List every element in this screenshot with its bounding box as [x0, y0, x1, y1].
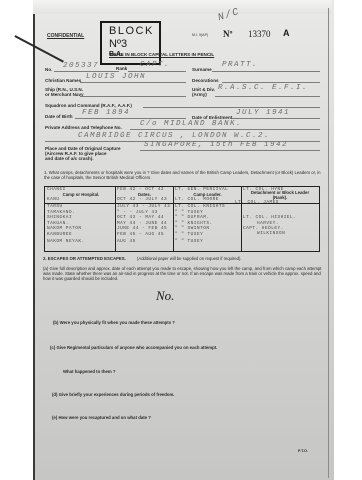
table-cell-camp: TARSU [47, 204, 63, 209]
table-cell-block: WILKINSON [257, 231, 285, 236]
decorations-line [222, 82, 320, 83]
table-cell-dates: MAY 44 - JUNE 44 [117, 221, 167, 226]
section-2-title: 2. ESCAPES OR ATTEMPTED ESCAPES. [43, 256, 126, 261]
christian-names-value: LOUIS JOHN [86, 73, 146, 81]
stamp-line-1: BLOCK [109, 25, 154, 37]
rank-value: CAPT. [140, 61, 170, 69]
ship-label-2: or Merchant Navy [45, 92, 84, 97]
stamp-line-2: Nº3 [109, 38, 127, 50]
unit-line [215, 96, 320, 97]
table-cell-leader: LT. COL. KNIGHTS [175, 204, 225, 209]
table-cell-leader: " " DUFRAM. [175, 215, 209, 220]
column-header-block-leader: Detachment or Block Leader (Rank). [243, 191, 317, 200]
capture-line [140, 150, 320, 151]
number-label: Nº [223, 29, 232, 39]
instruction-banner: WRITE IN BLOCK CAPITAL LETTERS IN PENCIL [109, 52, 214, 57]
table-cell-camp: TAKUAN. [47, 221, 69, 226]
table-cell-camp: SHINGKAI [47, 215, 72, 220]
block-stamp: BLOCK Nº3 B.A. [100, 21, 161, 65]
address-line-1: C/o MIDLAND BANK. [140, 120, 242, 128]
date-of-birth-value: FEB 1894 [82, 109, 130, 117]
enlistment-value: JULY 1941 [236, 109, 290, 117]
surname-value: PRATT. [222, 61, 258, 69]
date-of-birth-line [75, 118, 186, 119]
please-turn-over: P.T.O. [298, 449, 308, 453]
table-cell-dates: JUNE 44 - FEB 45 [117, 226, 167, 231]
table-cell-camp: NAKOM NEYAK. [47, 239, 85, 244]
page-edge [328, 8, 329, 478]
squadron-line [143, 107, 320, 108]
ship-line [80, 96, 186, 97]
table-cell-leader: " " KNIGHTS. [175, 221, 213, 226]
table-cell-block: LT. COL. HISHIEL. [243, 215, 296, 220]
table-cell-dates: JULY 43 - JULY 43 [117, 204, 170, 209]
enlistment-line [232, 118, 320, 119]
table-cell-leader: " " TUSEY [175, 210, 203, 215]
section-2-note: (Additional paper will be supplied on re… [137, 256, 242, 261]
christian-names-line [80, 82, 186, 83]
squadron-label: Squadron and Command (R.A.F., A.A.F.) [45, 103, 132, 108]
surname-label: Surname [192, 67, 212, 72]
unit-value: R.A.S.C. E.F.I. [218, 84, 308, 92]
capture-value: SINGAPORE, 15th FEB 1942 [144, 141, 288, 149]
rank-label: Rank [116, 66, 127, 71]
question-b-text: (b) Were you physically fit when you mad… [53, 320, 175, 325]
table-cell-dates: OCT 42 - JULY 43 [117, 197, 167, 202]
question-e-text: (e) How were you recaptured and on what … [52, 415, 151, 420]
table-cell-leader: " " TUSEY [175, 232, 203, 237]
camps-table: Camp or Hospital. Dates. Camp Leader. De… [44, 186, 320, 252]
table-cell-block: LT. COL. JAMES [235, 200, 279, 205]
table-cell-dates: FEB 45 - AUG 45 [117, 232, 164, 237]
section-1-question: 1. What camps, detachments or hospitals … [44, 170, 322, 180]
question-a-text: (a) Give full description and approx. da… [43, 266, 323, 282]
table-cell-dates: " - - JULY 43 [117, 210, 158, 215]
table-cell-dates: AUG 45 [117, 239, 136, 244]
table-cell-camp: CHANGI [47, 187, 66, 192]
surname-line [212, 71, 320, 72]
unit-label-2: (Army) [192, 92, 207, 97]
table-cell-leader: LT. GEN. PERCIVAL [175, 187, 228, 192]
christian-names-label: Christian Names [45, 78, 81, 83]
capture-label-3: and date of a/c crash). [45, 156, 94, 161]
service-number-line [54, 71, 119, 72]
table-cell-dates: OCT 43 - MAY 44 [117, 215, 164, 220]
decorations-label: Decorations [192, 78, 219, 83]
table-cell-camp: TAMAKAND. [47, 210, 75, 215]
table-cell-camp: KANBUREE [47, 232, 72, 237]
rank-line [128, 71, 186, 72]
classification-label: CONFIDENTIAL [47, 33, 84, 39]
question-a-answer: No. [156, 288, 174, 304]
date-of-birth-label: Date of Birth [45, 114, 73, 119]
table-cell-camp: KANU [47, 197, 60, 202]
service-number-value: 205337 [63, 62, 99, 70]
table-cell-leader: " " TUSEY [175, 239, 203, 244]
column-divider [241, 187, 242, 251]
table-cell-block: LT. COL. HYNE [243, 187, 284, 192]
question-c-text: (c) Give Regimental particulars of anyon… [50, 345, 217, 350]
table-cell-camp: NAKOM PATON [47, 226, 81, 231]
address-label: Private Address and Telephone No. [45, 125, 122, 130]
service-number-label: No. [45, 67, 52, 72]
form-suffix: A [283, 28, 290, 38]
question-c-followup: What happened to them ? [63, 369, 116, 374]
table-cell-block: HARVEY. [257, 221, 279, 226]
address-line-1-rule [130, 129, 320, 130]
table-cell-leader: " " SWINTON [175, 226, 209, 231]
torn-top-edge [33, 0, 332, 14]
form-reference: M.I. 9(AP) [192, 33, 208, 37]
table-cell-dates: FEB 42 - OCT 42 [117, 187, 164, 192]
column-divider [115, 187, 116, 251]
table-cell-leader: LT. COL. MOORE [175, 197, 219, 202]
form-number: 13370 [248, 29, 271, 39]
address-line-2: CAMBRIDGE CIRCUS , LONDON W.C.2. [78, 132, 270, 140]
column-divider [173, 187, 174, 251]
question-d-text: (d) Give briefly your experiences during… [52, 392, 175, 397]
